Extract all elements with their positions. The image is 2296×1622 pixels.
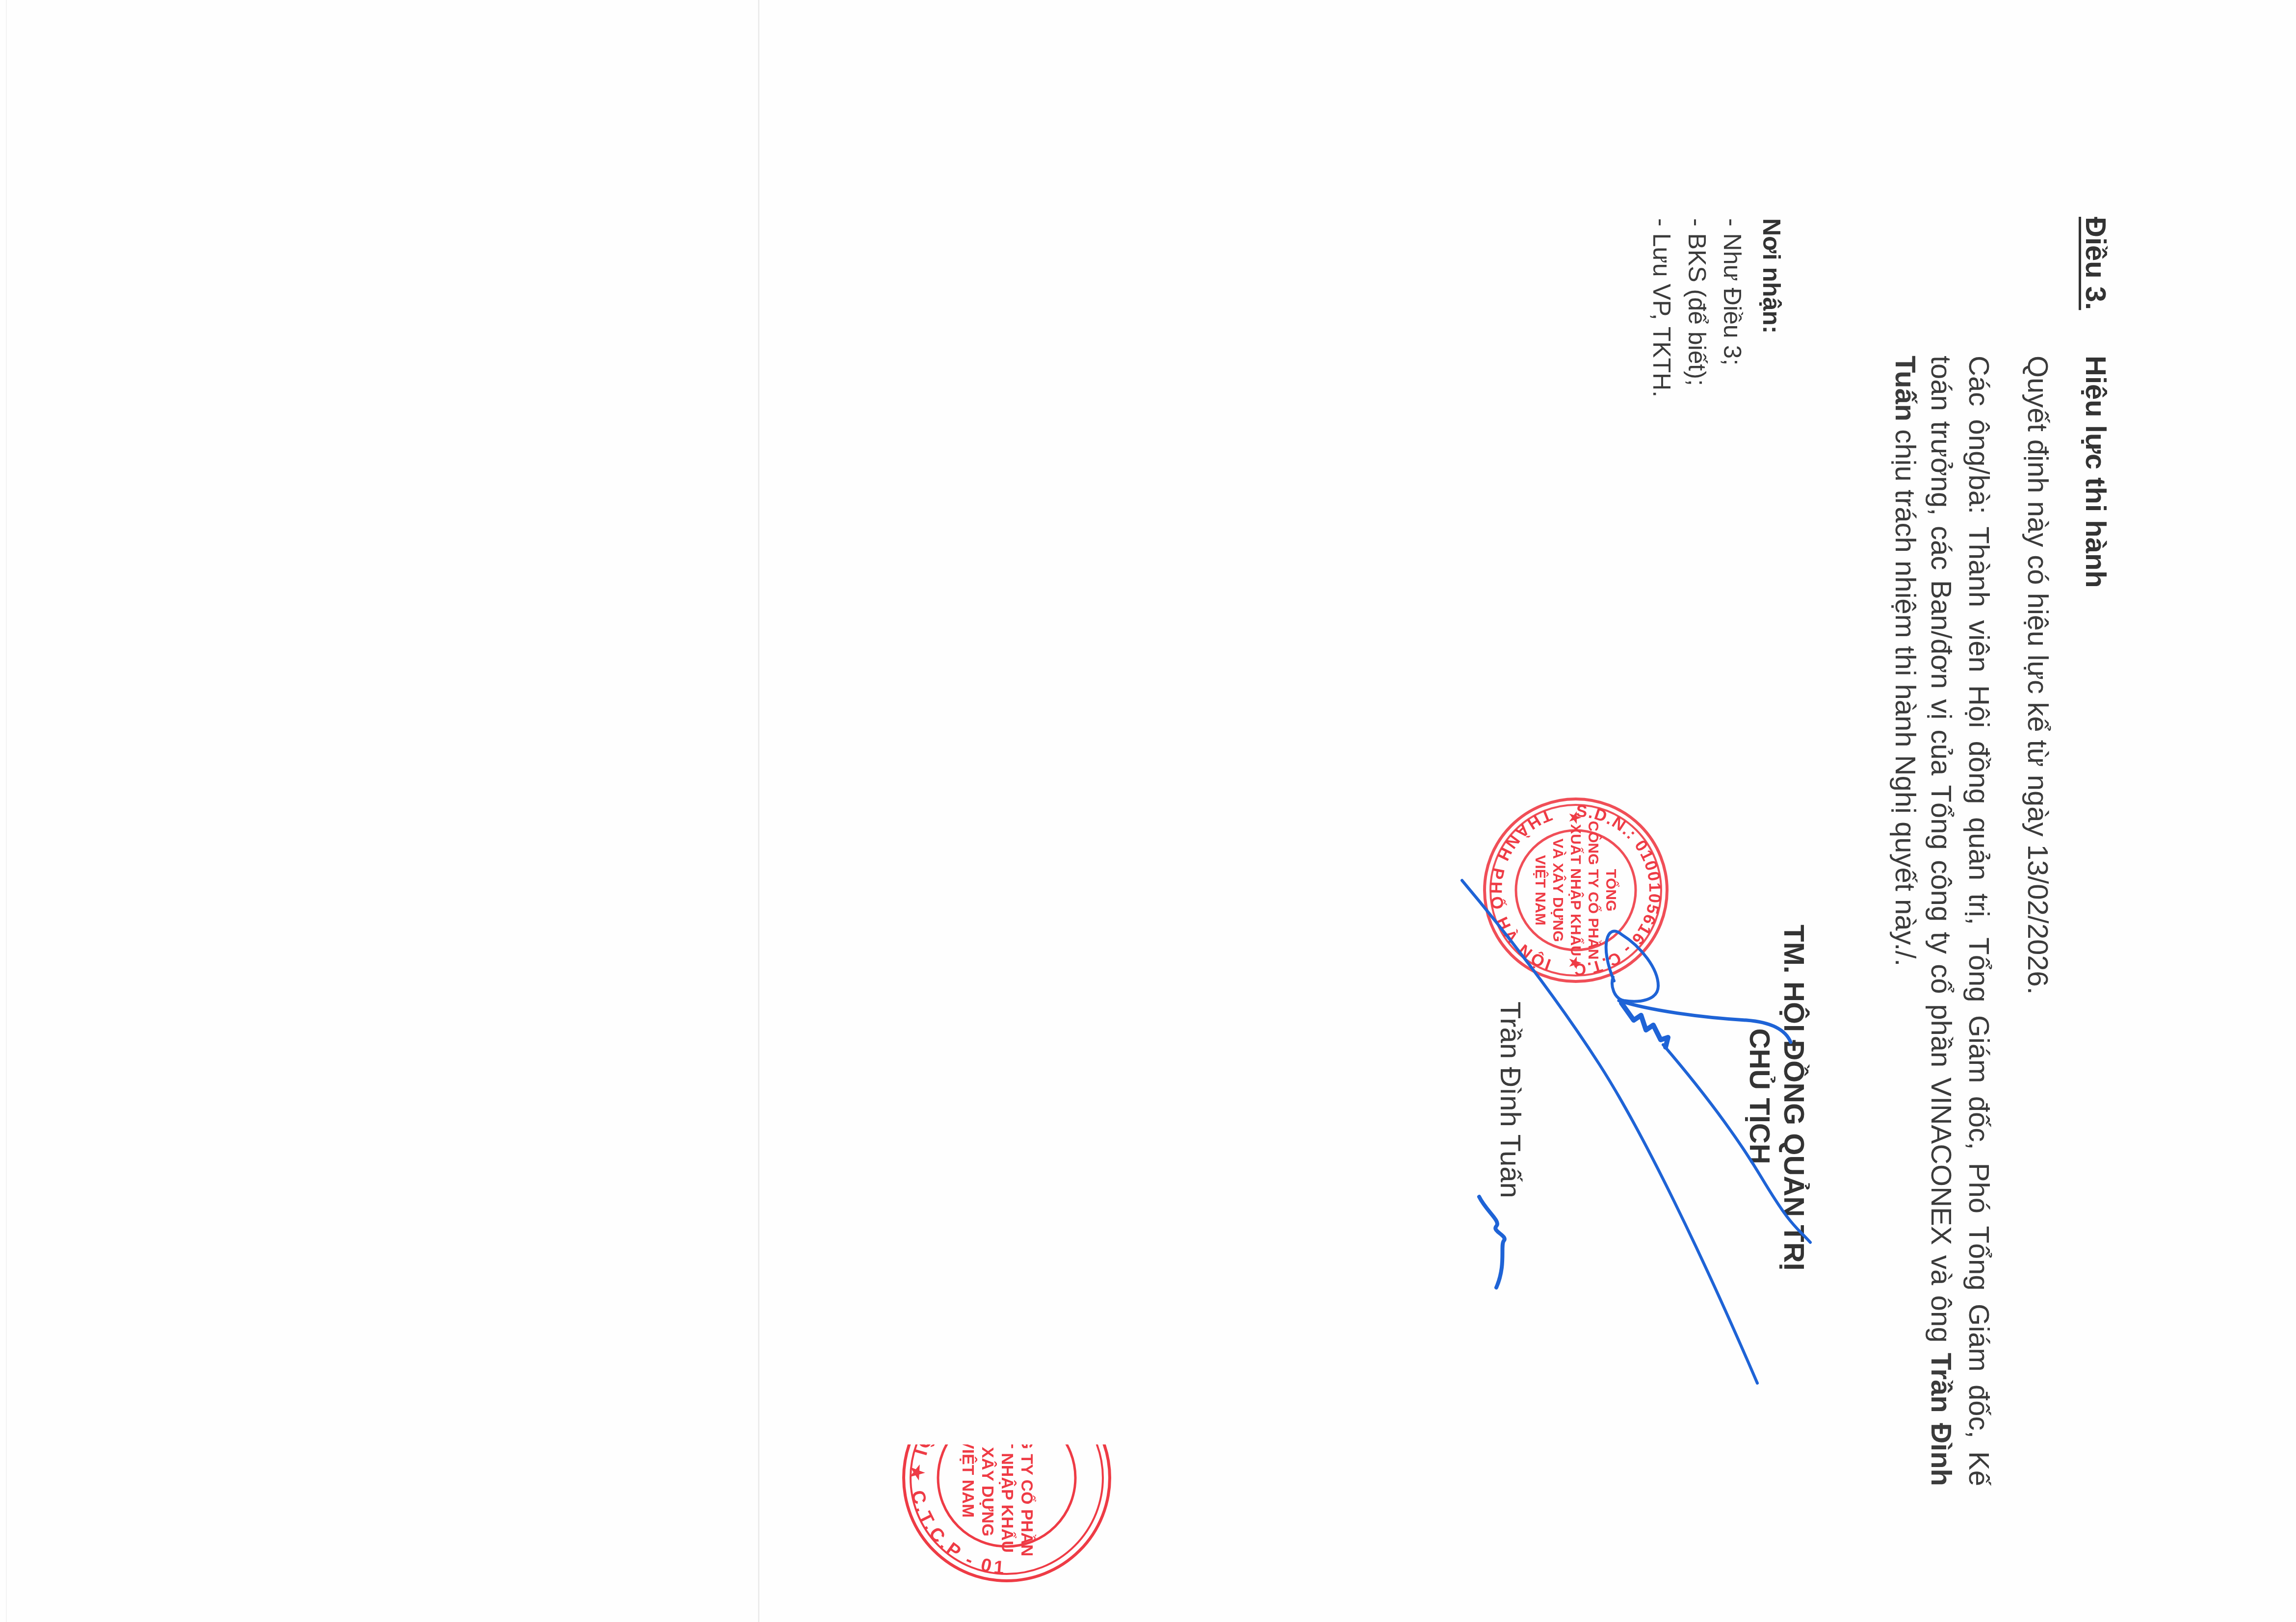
article-number: Điều 3. [2079,217,2112,310]
seal-ring-text: M.S.D.N.: 0100105616 - C.T.C.P [1572,802,1664,979]
responsible-person-name-part2: Tuấn [1889,356,1921,421]
svg-text:THÀNH PHỐ HÀ NỘI: THÀNH PHỐ HÀ NỘI [1487,805,1555,975]
svg-text:XUẤT NHẬP KHẨU: XUẤT NHẬP KHẨU [998,1403,1017,1552]
responsible-person-name-part1: Trần Đình [1925,1353,1957,1486]
responsibility-line-1: Các ông/bà: Thành viên Hội đồng quản trị… [1962,356,1995,1486]
partial-seal: THÀNH PHỐ HÀ NỘI ★ C.T.C.P - 0100105616 … [904,1375,1110,1581]
responsibility-line-2-wrap: toán trưởng, các Ban/đơn vị của Tổng côn… [1925,356,1957,1486]
page-edge-line [6,0,7,1622]
seal-center-line: TỔNG [1603,869,1619,912]
svg-text:VÀ XÂY DỰNG: VÀ XÂY DỰNG [978,1419,997,1536]
recipient-item: - BKS (để biết); [1683,218,1711,386]
svg-text:M.S.D.N.: 0100105616 - C.T.C.P: M.S.D.N.: 0100105616 - C.T.C.P [1572,802,1664,979]
responsibility-line-2-text: toán trưởng, các Ban/đơn vị của Tổng côn… [1925,356,1957,1353]
svg-text:CÔNG TY CỔ PHẦN: CÔNG TY CỔ PHẦN [1018,1399,1037,1557]
effective-date-line: Quyết định này có hiệu lực kể từ ngày 13… [2021,356,2054,995]
company-seal: M.S.D.N.: 0100105616 - C.T.C.P THÀNH PHỐ… [1485,799,1667,981]
recipient-item: - Như Điều 3; [1718,218,1747,365]
svg-text:★: ★ [1566,956,1583,970]
seal-center-line: VIỆT NAM [1532,855,1549,925]
recipient-item: - Lưu VP, TKTH. [1647,218,1676,397]
svg-text:★: ★ [1566,811,1583,824]
signature-on-behalf: TM. HỘI ĐỒNG QUẢN TRỊ [1777,925,1810,1268]
page-fold-line [758,0,759,1622]
signature-position: CHỦ TỊCH [1743,925,1776,1268]
svg-text:VIỆT NAM: VIỆT NAM [959,1438,977,1518]
recipients-title: Nơi nhận: [1757,218,1786,334]
seal-ring-bottom-text: THÀNH PHỐ HÀ NỘI [1487,805,1555,975]
responsibility-line-1-text: Các ông/bà: Thành viên Hội đồng quản trị… [1962,356,1995,1486]
seal-center-line: CÔNG TY CỔ PHẦN [1585,821,1602,960]
document-page: Điều 3. Hiệu lực thi hành Quyết định này… [0,0,2296,1622]
article-title: Hiệu lực thi hành [2079,356,2112,588]
responsibility-line-3: Tuấn chịu trách nhiệm thi hành Nghị quyế… [1889,356,1922,966]
signer-name: Trần Đình Tuấn [1494,1002,1527,1198]
responsibility-line-3-text: chịu trách nhiệm thi hành Nghị quyết này… [1889,421,1921,966]
responsibility-line-2: toán trưởng, các Ban/đơn vị của Tổng côn… [1925,356,1957,1486]
seal-center-line: VÀ XÂY DỰNG [1550,838,1566,942]
svg-text:THÀNH PHỐ HÀ NỘI ★ C.T.C.P -: THÀNH PHỐ HÀ NỘI ★ C.T.C.P - 0100105616 [906,1377,1011,1578]
seal-center-line: XUẤT NHẬP KHẨU [1567,824,1584,956]
